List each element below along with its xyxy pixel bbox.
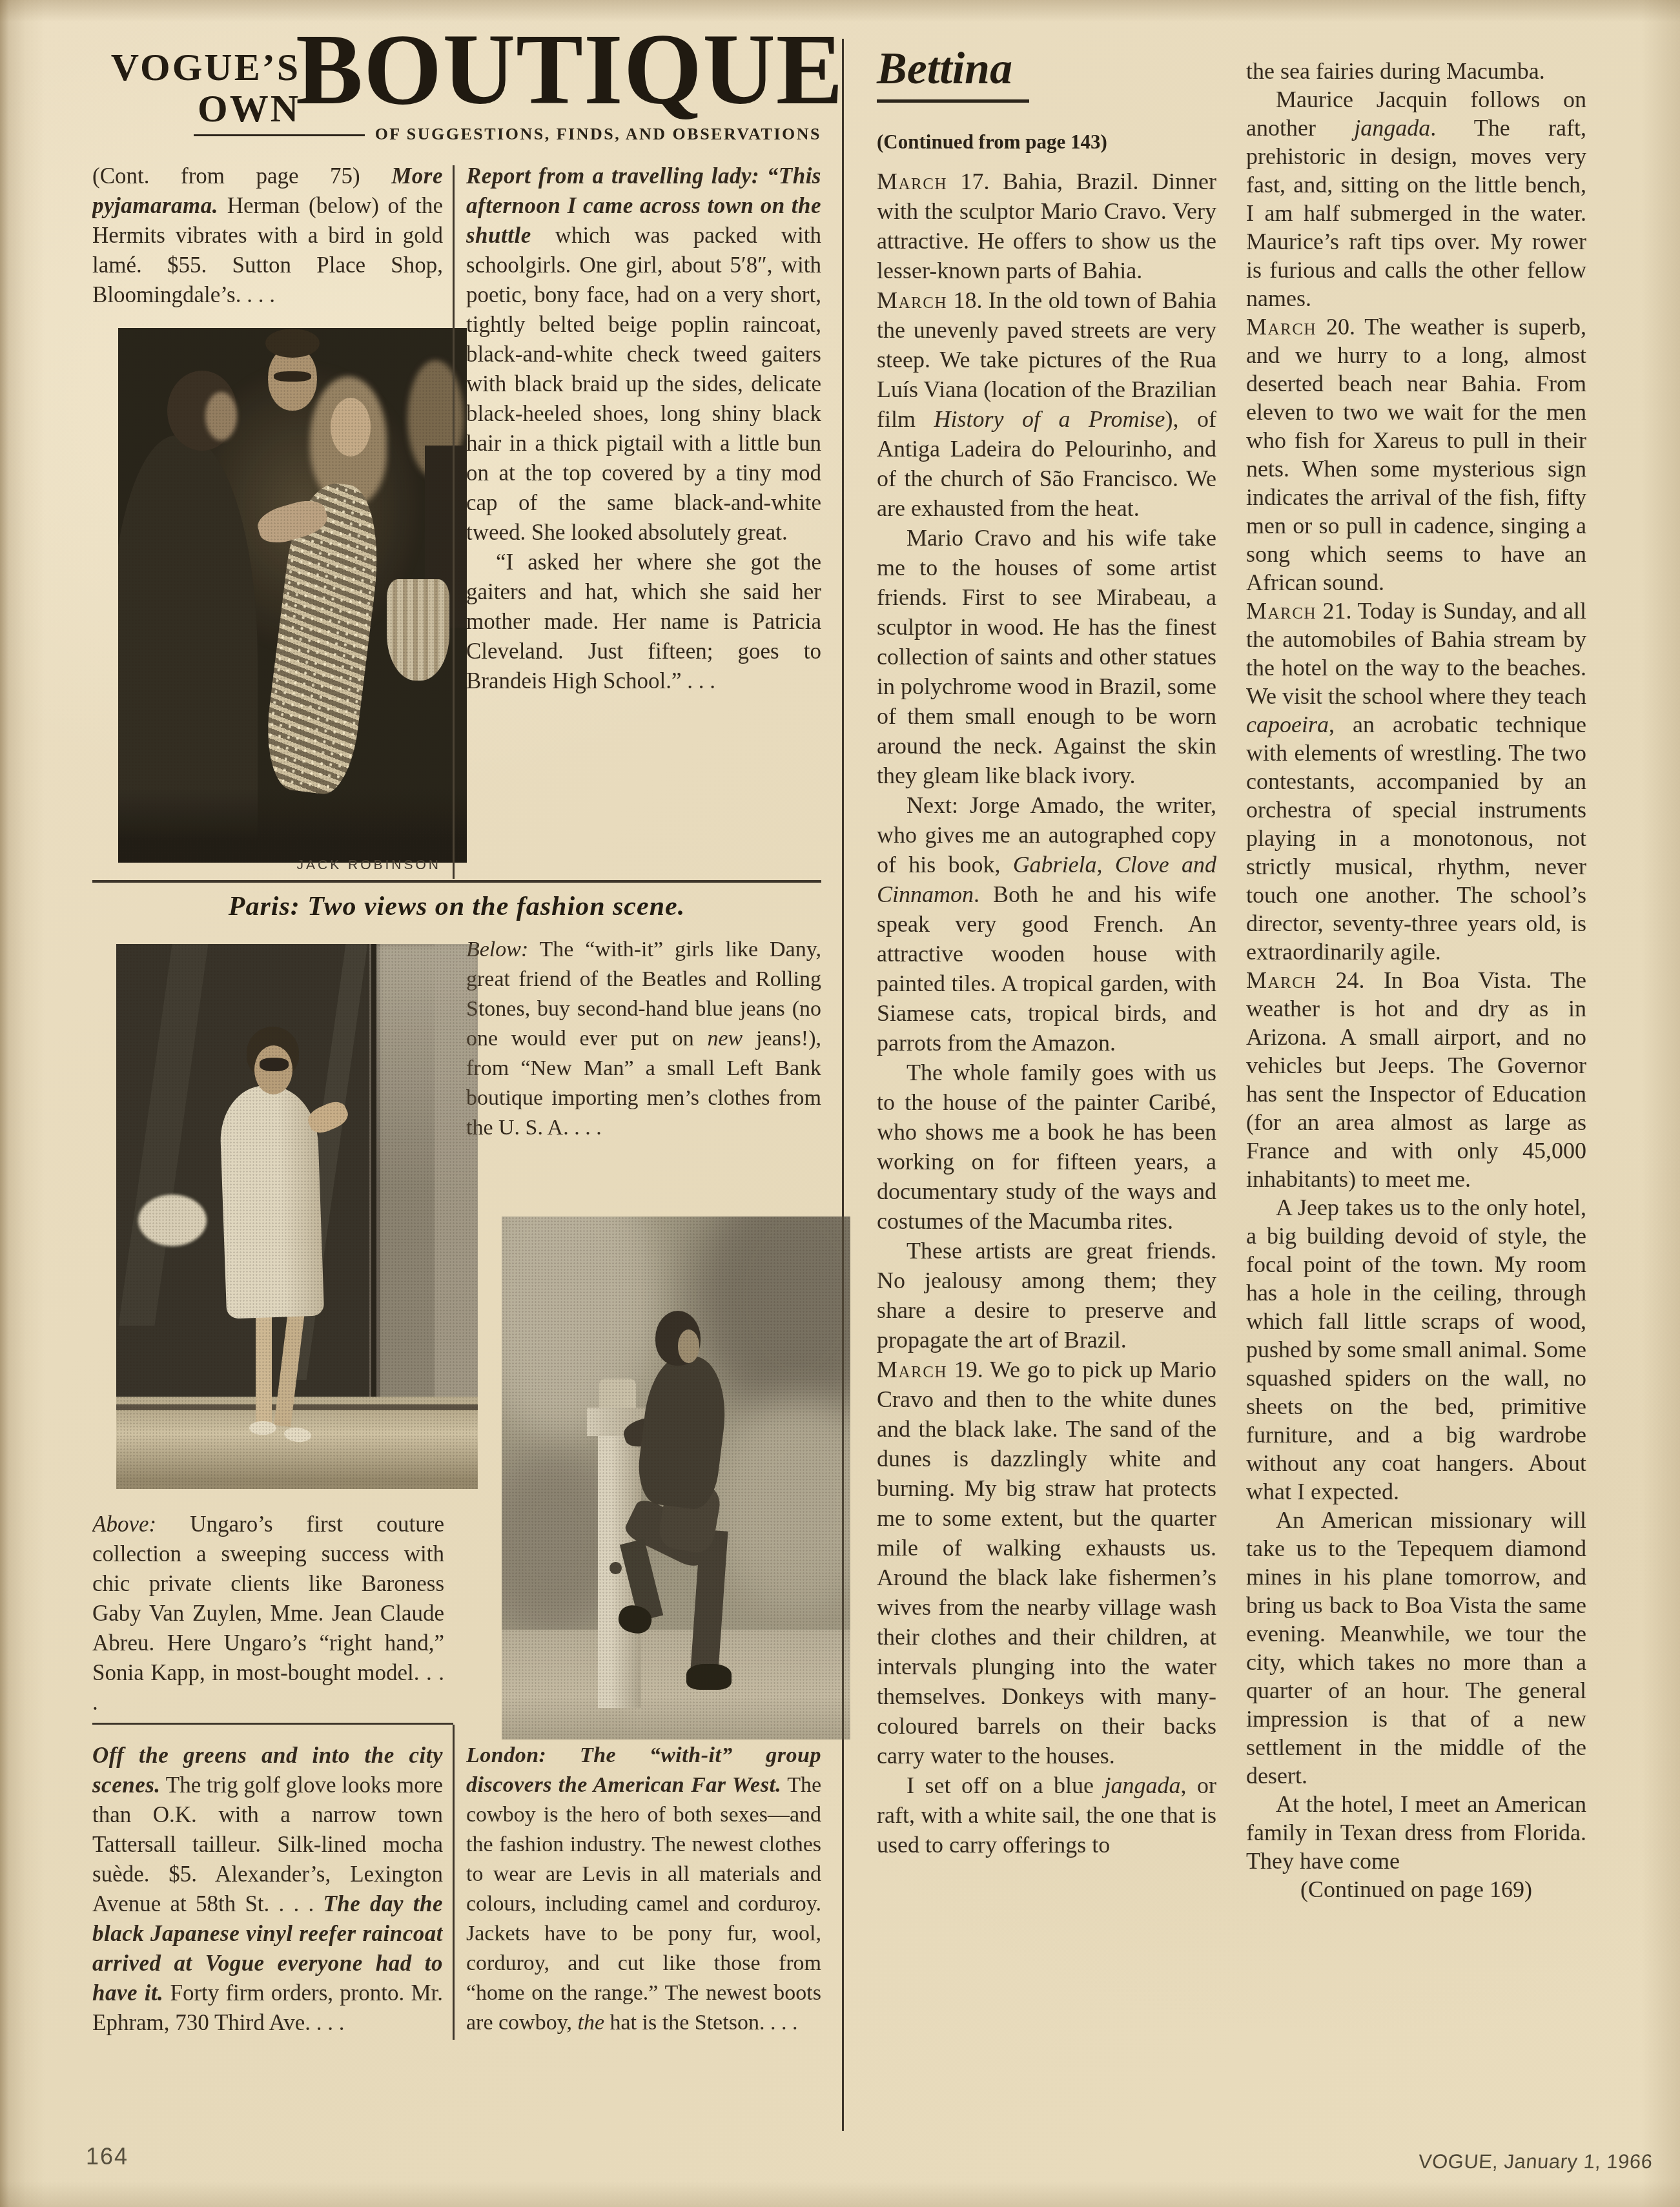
bettina-continued: (Continued from page 143) xyxy=(877,130,1107,154)
report-paragraph-1: Report from a travelling lady: “This aft… xyxy=(466,161,821,548)
paragraph: The whole family goes with us to the hou… xyxy=(877,1058,1216,1236)
figure-shape xyxy=(387,579,449,681)
report-column: Report from a travelling lady: “This aft… xyxy=(466,161,821,878)
bettina-column-4: the sea fairies during Macumba.Maurice J… xyxy=(1246,57,1586,2097)
figure-shape xyxy=(138,1195,207,1246)
off-greens-text: Off the greens and into the city scenes.… xyxy=(92,1741,443,2038)
masthead-subtitle: OF SUGGESTIONS, FINDS, AND OBSERVATIONS xyxy=(305,125,821,144)
photo-credit: JACK ROBINSON xyxy=(92,857,441,873)
paragraph: March 17. Bahia, Brazil. Dinner with the… xyxy=(877,167,1216,285)
figure-shape xyxy=(610,1562,621,1574)
masthead-brand-line1: VOGUE’S xyxy=(92,46,300,88)
magazine-page: VOGUE’S OWN BOUTIQUE OF SUGGESTIONS, FIN… xyxy=(0,0,1680,2207)
paragraph: (Continued on page 169) xyxy=(1246,1875,1586,1904)
paragraph: March 19. We go to pick up Mario Cravo a… xyxy=(877,1355,1216,1771)
figure-shape xyxy=(686,1664,732,1690)
paragraph: A Jeep takes us to the only hotel, a big… xyxy=(1246,1193,1586,1506)
above-caption-text: Above: Ungaro’s first couture collection… xyxy=(92,1510,444,1718)
paragraph: March 20. The weather is superb, and we … xyxy=(1246,313,1586,597)
masthead-brand: VOGUE’S OWN xyxy=(92,46,300,129)
paris-heading: Paris: Two views on the fashion scene. xyxy=(92,891,821,922)
paragraph: Maurice Jacquin follows on another janga… xyxy=(1246,85,1586,313)
figure-shape xyxy=(376,944,478,1189)
figure-shape xyxy=(256,1312,272,1426)
london-paragraph: London: The “with-it” group discovers th… xyxy=(466,1741,821,2102)
paragraph: At the hotel, I meet an American family … xyxy=(1246,1790,1586,1875)
paragraph: the sea fairies during Macumba. xyxy=(1246,57,1586,85)
paragraph: March 24. In Boa Vista. The weather is h… xyxy=(1246,966,1586,1193)
page-number: 164 xyxy=(86,2142,128,2170)
london-text: London: The “with-it” group discovers th… xyxy=(466,1741,821,2038)
figure-shape xyxy=(599,1379,636,1410)
section-rule xyxy=(92,880,821,883)
below-caption-text: Below: The “with-it” girls like Dany, gr… xyxy=(466,935,821,1143)
paragraph: These artists are great friends. No jeal… xyxy=(877,1236,1216,1355)
figure-shape xyxy=(205,392,237,440)
paragraph: An American missionary will take us to t… xyxy=(1246,1506,1586,1790)
photo-denim-boy-post xyxy=(502,1216,850,1740)
column-divider-bottom xyxy=(453,1725,455,2040)
bettina-column-3: March 17. Bahia, Brazil. Dinner with the… xyxy=(877,167,1216,2104)
figure-shape xyxy=(711,1400,850,1609)
off-greens-paragraph: Off the greens and into the city scenes.… xyxy=(92,1741,443,2102)
photo-ungaro-storefront xyxy=(116,944,478,1489)
figure-shape xyxy=(502,1630,850,1740)
intro-paragraph: (Cont. from page 75) More pyjamarama. He… xyxy=(92,161,443,314)
paragraph: March 18. In the old town of Bahia the u… xyxy=(877,285,1216,523)
figure-shape xyxy=(268,347,317,411)
masthead-title: BOUTIQUE xyxy=(296,19,844,120)
paragraph: I set off on a blue jangada, or raft, wi… xyxy=(877,1771,1216,1860)
paragraph: Mario Cravo and his wife take me to the … xyxy=(877,523,1216,790)
section-rule-bottom xyxy=(92,1723,453,1725)
below-caption: Below: The “with-it” girls like Dany, gr… xyxy=(466,935,821,1201)
figure-shape xyxy=(331,398,371,457)
column-divider-top xyxy=(453,165,455,879)
figure-shape xyxy=(678,1329,699,1363)
above-caption: Above: Ungaro’s first couture collection… xyxy=(92,1510,444,1720)
figure-shape xyxy=(116,1397,478,1489)
figure-shape xyxy=(118,944,208,1326)
main-column-divider xyxy=(842,39,844,2131)
bettina-heading: Bettina xyxy=(877,45,1029,103)
report-paragraph-2: “I asked her where she got the gaiters a… xyxy=(466,548,821,696)
masthead-brand-line2: OWN xyxy=(92,88,300,129)
figure-shape xyxy=(116,1404,478,1410)
figure-shape xyxy=(260,1058,289,1072)
issue-line: VOGUE, January 1, 1966 xyxy=(1418,2150,1654,2173)
paragraph: March 21. Today is Sunday, and all the a… xyxy=(1246,597,1586,966)
figure-shape xyxy=(118,788,467,863)
photo-herman-nightclub xyxy=(118,328,467,863)
paragraph: Next: Jorge Amado, the writer, who gives… xyxy=(877,790,1216,1058)
